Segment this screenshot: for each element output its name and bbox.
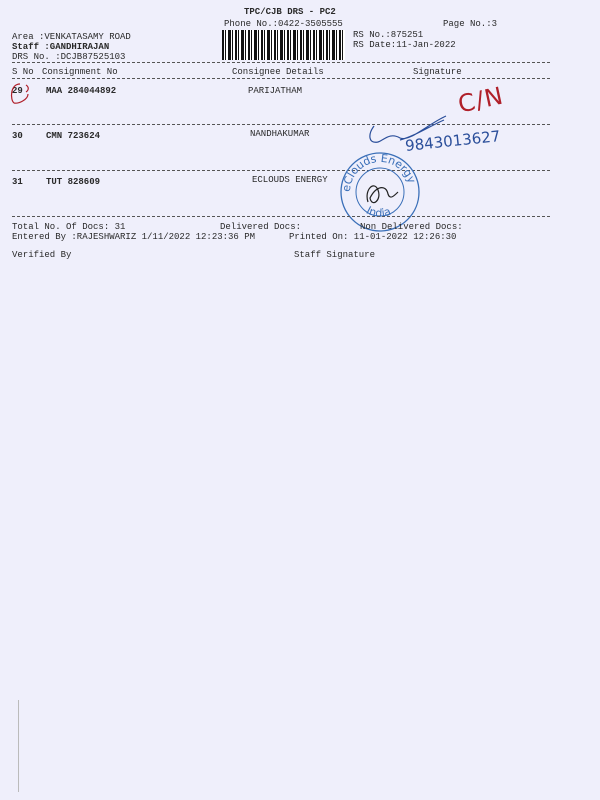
row-consignee: NANDHAKUMAR — [250, 129, 309, 139]
divider — [12, 216, 550, 217]
row-sno: 30 — [12, 131, 23, 141]
divider — [12, 62, 550, 63]
rs-date: RS Date:11-Jan-2022 — [353, 40, 456, 50]
area-label: Area :VENKATASAMY ROAD — [12, 32, 131, 42]
verified-by: Verified By — [12, 250, 71, 260]
page-number: Page No.:3 — [443, 19, 497, 29]
scan-edge-line — [18, 700, 19, 792]
divider — [12, 78, 550, 79]
hand-circle-mark-icon — [6, 80, 40, 106]
handwritten-note: C/N — [456, 82, 507, 119]
column-header-sno: S No — [12, 67, 34, 77]
row-sno: 31 — [12, 177, 23, 187]
total-docs: Total No. Of Docs: 31 — [12, 222, 125, 232]
row-consignee: PARIJATHAM — [248, 86, 302, 96]
printed-on: Printed On: 11-01-2022 12:26:30 — [289, 232, 456, 242]
svg-text:eClouds Energy: eClouds Energy — [340, 152, 419, 192]
rs-number: RS No.:875251 — [353, 30, 423, 40]
row-consignment: TUT 828609 — [46, 177, 100, 187]
divider — [12, 170, 550, 171]
entered-by: Entered By :RAJESHWARIZ 1/11/2022 12:23:… — [12, 232, 255, 242]
divider — [12, 124, 550, 125]
delivered-docs: Delivered Docs: — [220, 222, 301, 232]
column-header-consignment: Consignment No — [42, 67, 118, 77]
row-consignment: MAA 284044892 — [46, 86, 116, 96]
row-consignment: CMN 723624 — [46, 131, 100, 141]
phone-number: Phone No.:0422-3505555 — [224, 19, 343, 29]
svg-text:India: India — [364, 204, 392, 220]
column-header-signature: Signature — [413, 67, 462, 77]
staff-label: Staff :GANDHIRAJAN — [12, 42, 109, 52]
document-title: TPC/CJB DRS - PC2 — [244, 7, 336, 17]
drs-number: DRS No. :DCJB87525103 — [12, 52, 125, 62]
column-header-consignee: Consignee Details — [232, 67, 324, 77]
barcode — [222, 30, 345, 60]
non-delivered-docs: Non Delivered Docs: — [360, 222, 463, 232]
row-consignee: ECLOUDS ENERGY — [252, 175, 328, 185]
staff-signature: Staff Signature — [294, 250, 375, 260]
